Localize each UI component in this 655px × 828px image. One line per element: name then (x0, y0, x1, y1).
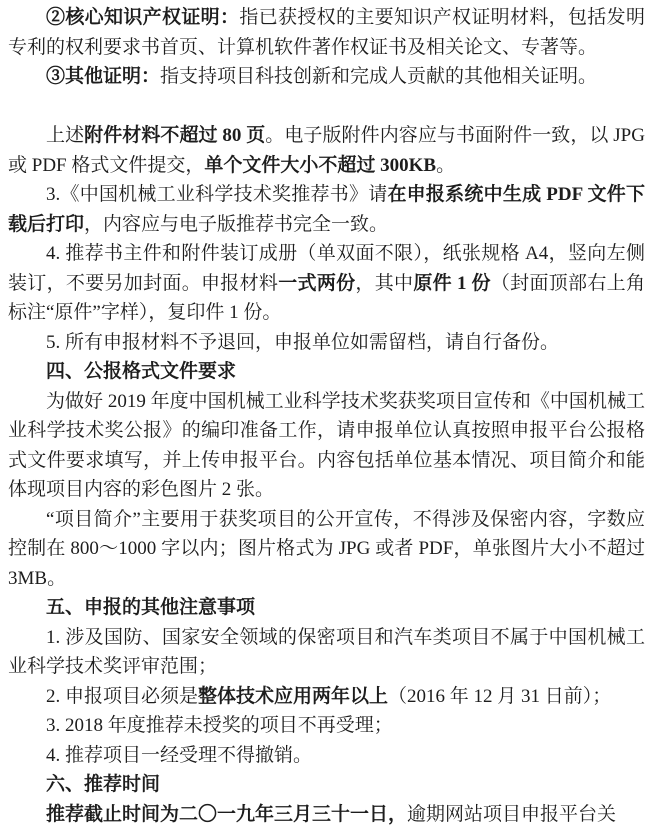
text-run: 3.《中国机械工业科学技术奖推荐书》请 (46, 184, 387, 205)
clause-other-proof: ③其他证明：指支持项目科技创新和完成人贡献的其他相关证明。 (8, 62, 645, 92)
text-run: ②核心知识产权证明： (46, 7, 239, 28)
text-run: 5. 所有申报材料不予退回，申报单位如需留档，请自行备份。 (46, 332, 559, 353)
section-heading-recommendation-time: 六、推荐时间 (8, 770, 645, 800)
text-run: 单个文件大小不超过 300KB (204, 155, 436, 176)
para-bulletin-preparation: 为做好 2019 年度中国机械工业科学技术奖获奖项目宣传和《中国机械工业科学技术… (8, 387, 645, 505)
para-deadline: 推荐截止时间为二〇一九年三月三十一日，逾期网站项目申报平台关 (8, 800, 645, 828)
text-run: 1. 涉及国防、国家安全领域的保密项目和汽车类项目不属于中国机械工业科学技术奖评… (8, 627, 645, 678)
text-run: 逾期网站项目申报平台关 (407, 804, 616, 825)
text-run: 推荐截止时间为二〇一九年三月三十一日， (46, 804, 407, 825)
text-run: 为做好 2019 年度中国机械工业科学技术奖获奖项目宣传和《中国机械工业科学技术… (8, 391, 645, 501)
para-no-return: 5. 所有申报材料不予退回，申报单位如需留档，请自行备份。 (8, 328, 645, 358)
document-page: ②核心知识产权证明：指已获授权的主要知识产权证明材料，包括发明专利的权利要求书首… (0, 0, 655, 828)
text-run: 整体技术应用两年以上 (198, 686, 388, 707)
text-run: 原件 1 份 (413, 273, 491, 294)
para-project-intro-rules: “项目简介”主要用于获奖项目的公开宣传，不得涉及保密内容，字数应控制在 800～… (8, 505, 645, 594)
text-run: 附件材料不超过 80 页 (84, 125, 265, 146)
item-2018-projects: 3. 2018 年度推荐未授奖的项目不再受理； (8, 711, 645, 741)
text-run: 四、公报格式文件要求 (46, 361, 236, 382)
text-run: 五、申报的其他注意事项 (46, 597, 255, 618)
para-attachment-limits: 上述附件材料不超过 80 页。电子版附件内容应与书面附件一致，以 JPG 或 P… (8, 121, 645, 180)
para-binding-requirements: 4. 推荐书主件和附件装订成册（单双面不限），纸张规格 A4，竖向左侧装订，不要… (8, 239, 645, 328)
text-run: 4. 推荐项目一经受理不得撤销。 (46, 745, 312, 766)
section-heading-other-notes: 五、申报的其他注意事项 (8, 593, 645, 623)
text-run: 2. 申报项目必须是 (46, 686, 198, 707)
item-two-years-application: 2. 申报项目必须是整体技术应用两年以上（2016 年 12 月 31 日前）； (8, 682, 645, 712)
text-run: 上述 (46, 125, 84, 146)
text-run: ，其中 (355, 273, 413, 294)
text-run: （2016 年 12 月 31 日前）； (388, 686, 611, 707)
clause-core-ip-proof: ②核心知识产权证明：指已获授权的主要知识产权证明材料，包括发明专利的权利要求书首… (8, 3, 645, 62)
section-heading-bulletin-format: 四、公报格式文件要求 (8, 357, 645, 387)
text-run: ，内容应与电子版推荐书完全一致。 (84, 214, 388, 235)
para-recommendation-form-print: 3.《中国机械工业科学技术奖推荐书》请在申报系统中生成 PDF 文件下载后打印，… (8, 180, 645, 239)
text-run: 。 (436, 155, 455, 176)
text-run: “项目简介”主要用于获奖项目的公开宣传，不得涉及保密内容，字数应控制在 800～… (8, 509, 645, 589)
text-run: 指支持项目科技创新和完成人贡献的其他相关证明。 (160, 66, 597, 87)
item-scope-exclusion: 1. 涉及国防、国家安全领域的保密项目和汽车类项目不属于中国机械工业科学技术奖评… (8, 623, 645, 682)
text-run: 一式两份 (278, 273, 355, 294)
text-run: 六、推荐时间 (46, 774, 160, 795)
text-run: 3. 2018 年度推荐未授奖的项目不再受理； (46, 715, 393, 736)
text-run: ③其他证明： (46, 66, 160, 87)
item-no-withdrawal: 4. 推荐项目一经受理不得撤销。 (8, 741, 645, 771)
